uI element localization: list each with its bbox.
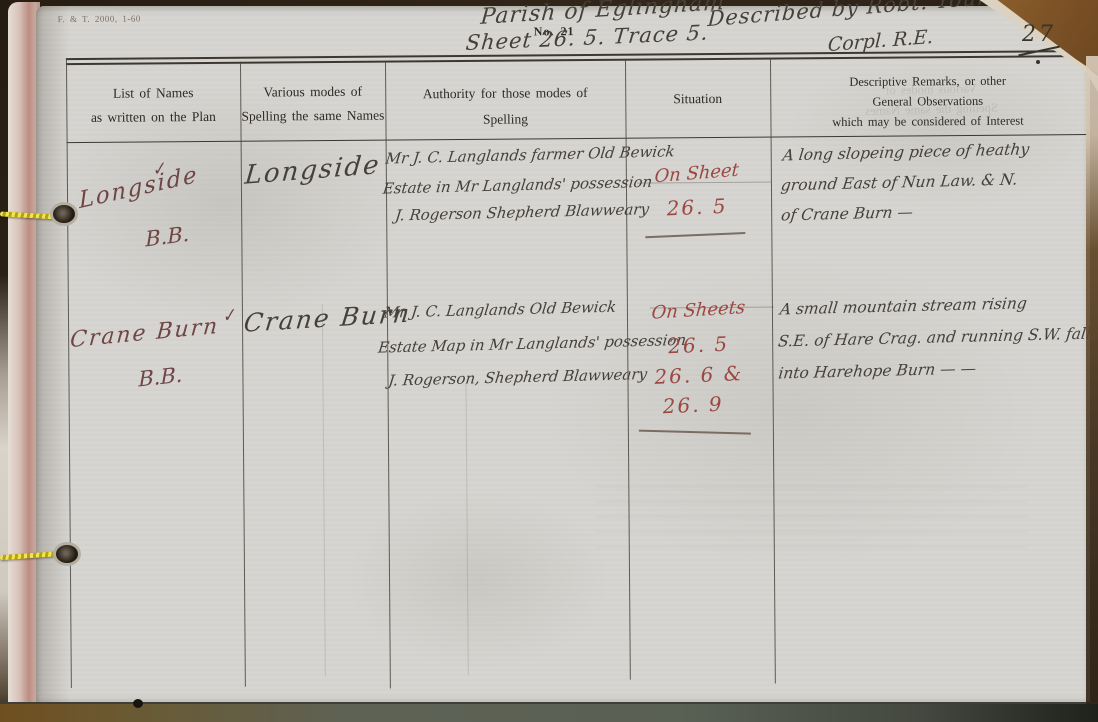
check-mark: ✓ <box>219 305 238 328</box>
page-number: 27 <box>1022 22 1056 47</box>
column-divider-1 <box>240 62 246 687</box>
plan-name: Longside <box>78 161 198 214</box>
situation-line: 26. 9 <box>630 390 756 419</box>
torn-page-corner <box>948 0 1098 100</box>
punch-hole-top <box>50 202 78 226</box>
remarks-line: of Crane Burn — <box>780 203 914 224</box>
punch-hole-bottom <box>53 542 81 566</box>
situation-underline <box>639 430 751 435</box>
desk-bottom-edge <box>0 702 1098 722</box>
header-line: Spelling <box>385 106 625 134</box>
header-authority-column: Authority for those modes of Spelling <box>385 80 625 134</box>
table-left-rule <box>66 58 72 688</box>
header-line: Spelling the same Names <box>240 104 385 129</box>
header-spelling-column: Various modes of Spelling the same Names <box>240 80 385 129</box>
remarks-line: A long slopeing piece of heathy <box>782 140 1031 164</box>
remarks-line: ground East of Nun Law. & N. <box>780 170 1019 194</box>
remarks-line: into Harehope Burn — — <box>777 359 977 382</box>
small-hole-bottom <box>133 699 143 708</box>
authority-line: J. Rogerson, Shepherd Blawweary <box>387 365 648 390</box>
remarks-line: A small mountain stream rising <box>779 294 1028 318</box>
bleed-through-rule-1 <box>322 304 326 676</box>
form-print-code: F. & T. 2000, 1-60 <box>58 13 141 24</box>
header-situation-column: Situation <box>625 91 770 108</box>
name-book-sheet: F. & T. 2000, 1-60 Parish of Eglingham N… <box>36 0 1095 706</box>
surveyor-initials: B.B. <box>145 222 189 252</box>
remarks-line: S.E. of Hare Crag. and running S.W. fall… <box>777 324 1098 350</box>
spelling-entry: Longside <box>243 150 382 191</box>
header-line: List of Names <box>66 81 240 106</box>
column-divider-4 <box>770 58 776 684</box>
header-line: as written on the Plan <box>66 105 240 130</box>
authority-line: J. Rogerson Shepherd Blawweary <box>394 200 650 224</box>
situation-line: 26. 5 <box>637 192 758 221</box>
authority-line: Estate in Mr Langlands' possession <box>382 173 653 198</box>
header-line: Various modes of <box>240 80 385 105</box>
plan-name: Crane Burn <box>69 314 220 354</box>
situation-line: 26. 6 & <box>636 360 762 389</box>
scanned-name-book-photo: F. & T. 2000, 1-60 Parish of Eglingham N… <box>0 0 1098 722</box>
situation-line: On Sheets <box>635 296 761 325</box>
authority-line: Mr J. C. Langlands farmer Old Bewick <box>385 142 676 167</box>
situation-line: On Sheet <box>636 158 757 188</box>
header-line: Authority for those modes of <box>385 80 625 108</box>
page-right-edge <box>1086 56 1098 704</box>
situation-line: 26. 5 <box>636 330 762 359</box>
situation-underline <box>645 232 745 238</box>
surveyor-initials: B.B. <box>138 362 182 391</box>
authority-line: Mr J. C. Langlands Old Bewick <box>383 298 617 322</box>
page-number-dot <box>1036 60 1040 64</box>
bleed-through-rule-2 <box>466 383 469 675</box>
desk-showing-through-tear <box>948 0 1098 100</box>
header-names-column: List of Names as written on the Plan <box>66 81 240 130</box>
